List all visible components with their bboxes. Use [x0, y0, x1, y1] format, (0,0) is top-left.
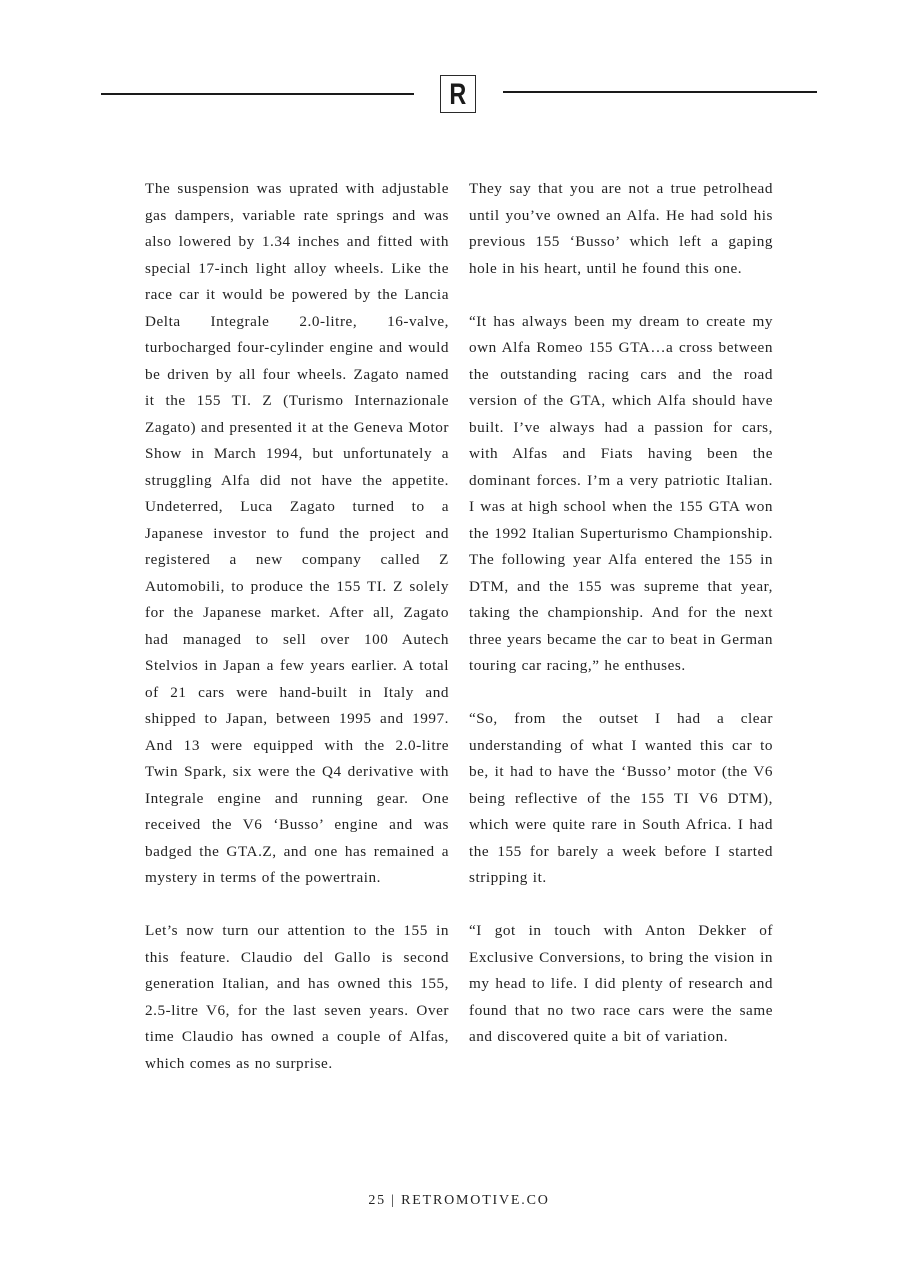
- magazine-logo: R: [440, 75, 476, 113]
- paragraph: They say that you are not a true petrolh…: [469, 176, 773, 282]
- paragraph: The suspension was uprated with adjustab…: [145, 176, 449, 892]
- paragraph: “I got in touch with Anton Dekker of Exc…: [469, 918, 773, 1051]
- header-rule-right: [503, 91, 817, 93]
- article-column-right: They say that you are not a true petrolh…: [469, 176, 773, 1077]
- page-footer: 25 | RETROMOTIVE.CO: [0, 1193, 918, 1209]
- paragraph: Let’s now turn our attention to the 155 …: [145, 918, 449, 1077]
- logo-r-icon: R: [450, 80, 467, 110]
- paragraph: “So, from the outset I had a clear under…: [469, 706, 773, 892]
- header-rule-left: [101, 93, 414, 95]
- article-column-left: The suspension was uprated with adjustab…: [145, 176, 449, 1104]
- paragraph: “It has always been my dream to create m…: [469, 309, 773, 680]
